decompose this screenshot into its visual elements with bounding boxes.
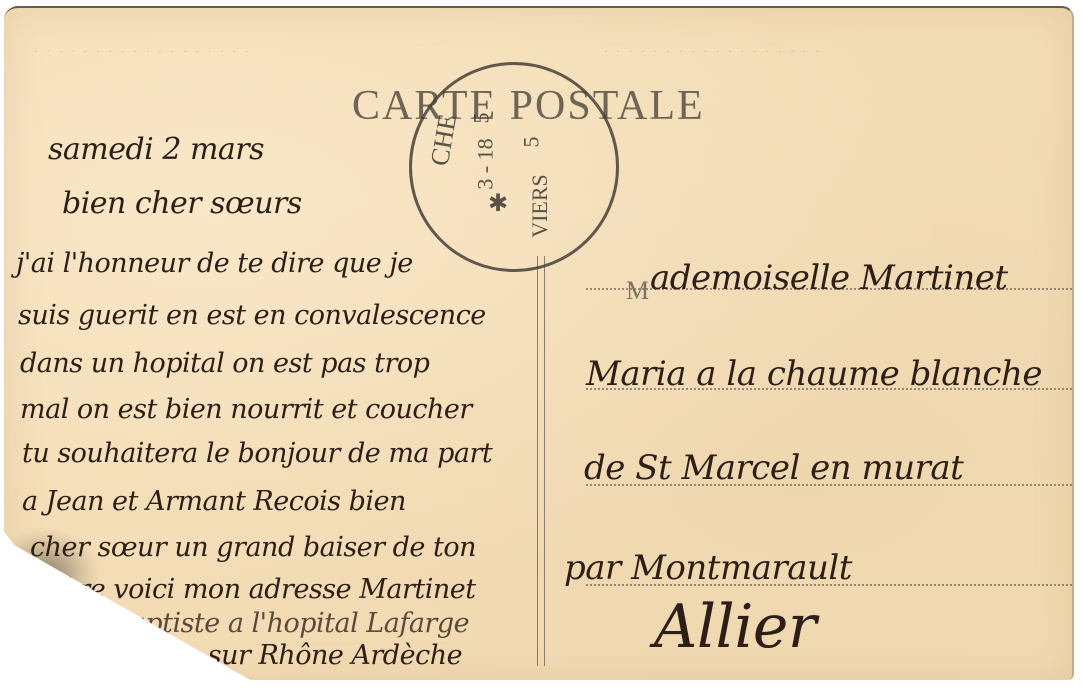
address-line: Allier bbox=[654, 592, 816, 662]
message-line: dans un hopital on est pas trop bbox=[20, 348, 429, 379]
postmark-town-right: VIERS bbox=[527, 174, 553, 238]
message-line: cher sœur un grand baiser de ton bbox=[30, 532, 476, 563]
message-line: tu souhaitera le bonjour de ma part bbox=[22, 438, 492, 469]
printed-m-prefix: M bbox=[626, 276, 649, 306]
divider-line bbox=[537, 256, 538, 666]
postmark: CHE VIERS 5 3 - 18 5 ✱ bbox=[409, 62, 619, 272]
faint-header-print-right: · · · · · · · · · · · · · · · · · · bbox=[604, 46, 822, 58]
message-line: frère voici mon adresse Martinet bbox=[40, 574, 476, 605]
message-line: suis guerit en est en convalescence bbox=[18, 300, 486, 331]
message-line: Jean Baptiste a l'hopital Lafarge bbox=[44, 608, 469, 639]
message-line: mal on est bien nourrit et coucher bbox=[20, 394, 472, 425]
message-line: par Viviers sur Rhône Ardèche bbox=[56, 640, 462, 671]
message-line: j'ai l'honneur de te dire que je bbox=[16, 248, 413, 279]
postcard: · · · · · · · · · · · · · · · · · · · · … bbox=[4, 6, 1074, 680]
message-line: samedi 2 mars bbox=[48, 132, 264, 167]
message-line: bien cher sœurs bbox=[62, 186, 302, 221]
divider-line bbox=[544, 256, 545, 666]
address-line: ademoiselle Martinet bbox=[650, 258, 1008, 298]
faint-header-print: · · · · · · · · · · · · · · · · · · bbox=[34, 46, 252, 58]
message-line: a Jean et Armant Recois bien bbox=[22, 486, 406, 517]
postmark-date-2: 3 - 18 bbox=[473, 138, 499, 189]
postmark-town-left: CHE bbox=[425, 112, 464, 168]
address-line: par Montmarault bbox=[564, 548, 852, 588]
address-line: Maria a la chaume blanche bbox=[586, 354, 1042, 394]
postmark-star: ✱ bbox=[488, 189, 508, 218]
address-line: de St Marcel en murat bbox=[584, 448, 963, 488]
postmark-date-3: 5 bbox=[519, 137, 545, 148]
postmark-date-1: 5 bbox=[469, 113, 495, 124]
